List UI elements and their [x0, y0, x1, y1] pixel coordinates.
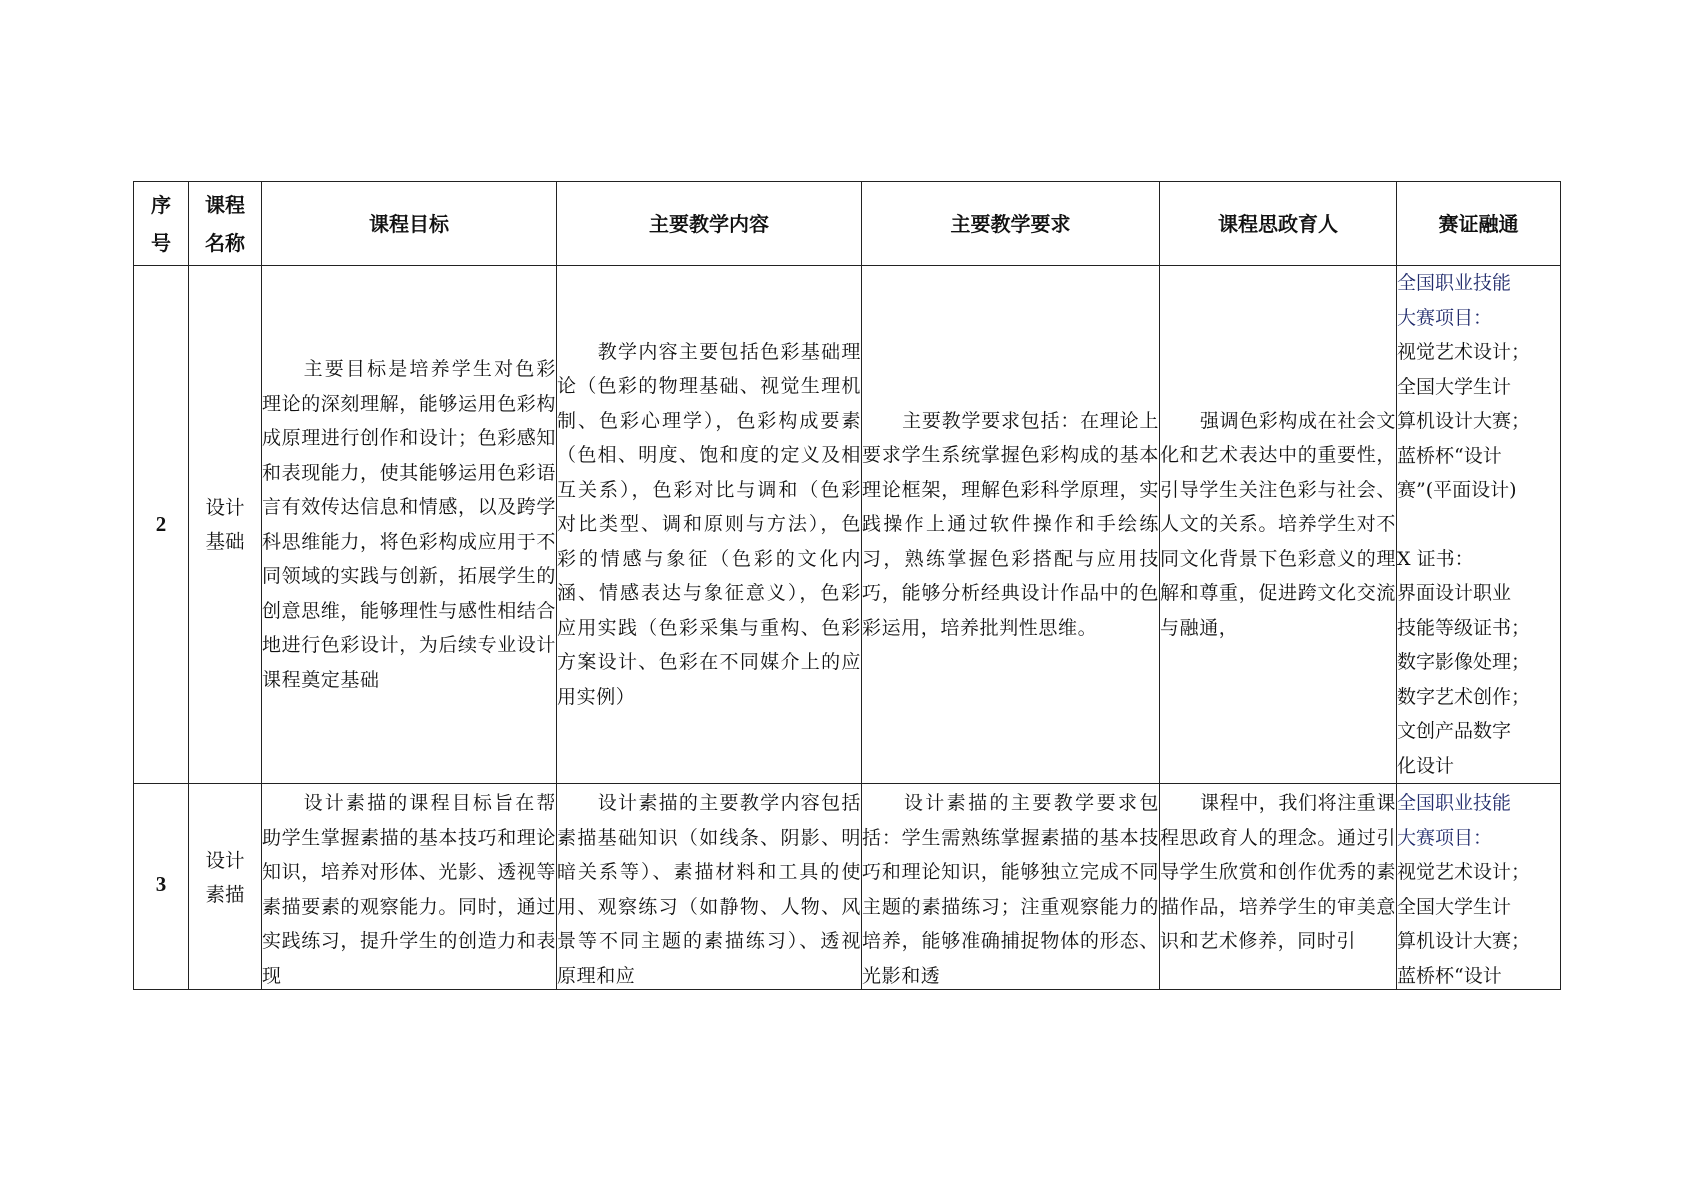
- certificate-item: 界面设计职业: [1397, 576, 1560, 611]
- competition-heading-2: 大赛项目：: [1397, 301, 1560, 336]
- competition-item: 算机设计大赛；: [1397, 404, 1560, 439]
- requirements-cell: 设计素描的主要教学要求包括：学生需熟练掌握素描的基本技巧和理论知识，能够独立完成…: [862, 784, 1160, 990]
- header-course-name: 课程 名称: [189, 182, 262, 266]
- certificate-item: 数字影像处理；: [1397, 645, 1560, 680]
- certificate-item: 技能等级证书；: [1397, 611, 1560, 646]
- ideology-cell: 课程中，我们将注重课程思政育人的理念。通过引导学生欣赏和创作优秀的素描作品，培养…: [1160, 784, 1397, 990]
- objectives-text: 主要目标是培养学生对色彩理论的深刻理解，能够运用色彩构成原理进行创作和设计；色彩…: [262, 358, 556, 691]
- requirements-text: 主要教学要求包括：在理论上要求学生系统掌握色彩构成的基本理论框架，理解色彩科学原…: [862, 410, 1159, 639]
- header-row: 序 号 课程 名称 课程目标 主要教学内容 主要教学要求 课程思政育人 赛证融通: [134, 182, 1561, 266]
- table-row: 3 设计 素描 设计素描的课程目标旨在帮助学生掌握素描的基本技巧和理论知识，培养…: [134, 784, 1561, 990]
- content-text: 教学内容主要包括色彩基础理论（色彩的物理基础、视觉生理机制、色彩心理学），色彩构…: [557, 341, 861, 708]
- seq-value: 3: [134, 784, 188, 897]
- content-cell: 教学内容主要包括色彩基础理论（色彩的物理基础、视觉生理机制、色彩心理学），色彩构…: [557, 266, 862, 784]
- content-cell: 设计素描的主要教学内容包括素描基础知识（如线条、阴影、明暗关系等）、素描材料和工…: [557, 784, 862, 990]
- course-name-line2: 素描: [205, 883, 244, 906]
- competition-heading-1: 全国职业技能: [1397, 786, 1560, 821]
- competition-heading-1: 全国职业技能: [1397, 266, 1560, 301]
- competition-item: 赛”(平面设计): [1397, 473, 1560, 508]
- header-seq: 序 号: [134, 182, 189, 266]
- competition-cert-cell: 全国职业技能 大赛项目： 视觉艺术设计； 全国大学生计 算机设计大赛； 蓝桥杯“…: [1397, 266, 1561, 784]
- competition-item: 蓝桥杯“设计: [1397, 439, 1560, 474]
- header-ideology: 课程思政育人: [1160, 182, 1397, 266]
- ideology-text: 强调色彩构成在社会文化和艺术表达中的重要性，引导学生关注色彩与社会、人文的关系。…: [1160, 410, 1396, 639]
- document-page: 序 号 课程 名称 课程目标 主要教学内容 主要教学要求 课程思政育人 赛证融通…: [0, 0, 1684, 1191]
- header-requirements: 主要教学要求: [862, 182, 1160, 266]
- header-seq-line2: 号: [151, 231, 171, 255]
- certificate-heading: X 证书：: [1397, 542, 1560, 577]
- certificate-item: 文创产品数字: [1397, 714, 1560, 749]
- certificate-item: 数字艺术创作；: [1397, 680, 1560, 715]
- requirements-text: 设计素描的主要教学要求包括：学生需熟练掌握素描的基本技巧和理论知识，能够独立完成…: [862, 792, 1159, 986]
- competition-heading-2: 大赛项目：: [1397, 821, 1560, 856]
- competition-item: 视觉艺术设计；: [1397, 335, 1560, 370]
- ideology-cell: 强调色彩构成在社会文化和艺术表达中的重要性，引导学生关注色彩与社会、人文的关系。…: [1160, 266, 1397, 784]
- content-text: 设计素描的主要教学内容包括素描基础知识（如线条、阴影、明暗关系等）、素描材料和工…: [557, 792, 861, 986]
- certificate-item: 化设计: [1397, 749, 1560, 784]
- course-name-cell: 设计 基础: [189, 266, 262, 784]
- competition-cert-cell: 全国职业技能 大赛项目： 视觉艺术设计； 全国大学生计 算机设计大赛； 蓝桥杯“…: [1397, 784, 1561, 990]
- curriculum-table: 序 号 课程 名称 课程目标 主要教学内容 主要教学要求 课程思政育人 赛证融通…: [133, 181, 1561, 990]
- objectives-cell: 设计素描的课程目标旨在帮助学生掌握素描的基本技巧和理论知识，培养对形体、光影、透…: [262, 784, 557, 990]
- competition-item: 视觉艺术设计；: [1397, 855, 1560, 890]
- seq-cell: 3: [134, 784, 189, 990]
- competition-item: 算机设计大赛；: [1397, 924, 1560, 959]
- requirements-cell: 主要教学要求包括：在理论上要求学生系统掌握色彩构成的基本理论框架，理解色彩科学原…: [862, 266, 1160, 784]
- header-competition-cert: 赛证融通: [1397, 182, 1561, 266]
- spacer: [1397, 508, 1560, 542]
- table-row: 2 设计 基础 主要目标是培养学生对色彩理论的深刻理解，能够运用色彩构成原理进行…: [134, 266, 1561, 784]
- course-name-cell: 设计 素描: [189, 784, 262, 990]
- competition-item: 全国大学生计: [1397, 370, 1560, 405]
- header-content: 主要教学内容: [557, 182, 862, 266]
- course-name-line1: 设计: [205, 849, 244, 872]
- header-course-name-line2: 名称: [205, 231, 245, 255]
- header-seq-line1: 序: [151, 193, 171, 217]
- seq-cell: 2: [134, 266, 189, 784]
- header-course-name-line1: 课程: [205, 193, 245, 217]
- competition-item: 蓝桥杯“设计: [1397, 959, 1560, 987]
- header-objectives: 课程目标: [262, 182, 557, 266]
- course-name-line2: 基础: [205, 530, 244, 553]
- ideology-text: 课程中，我们将注重课程思政育人的理念。通过引导学生欣赏和创作优秀的素描作品，培养…: [1160, 792, 1396, 952]
- competition-item: 全国大学生计: [1397, 890, 1560, 925]
- course-name-line1: 设计: [205, 496, 244, 519]
- objectives-text: 设计素描的课程目标旨在帮助学生掌握素描的基本技巧和理论知识，培养对形体、光影、透…: [262, 792, 556, 986]
- objectives-cell: 主要目标是培养学生对色彩理论的深刻理解，能够运用色彩构成原理进行创作和设计；色彩…: [262, 266, 557, 784]
